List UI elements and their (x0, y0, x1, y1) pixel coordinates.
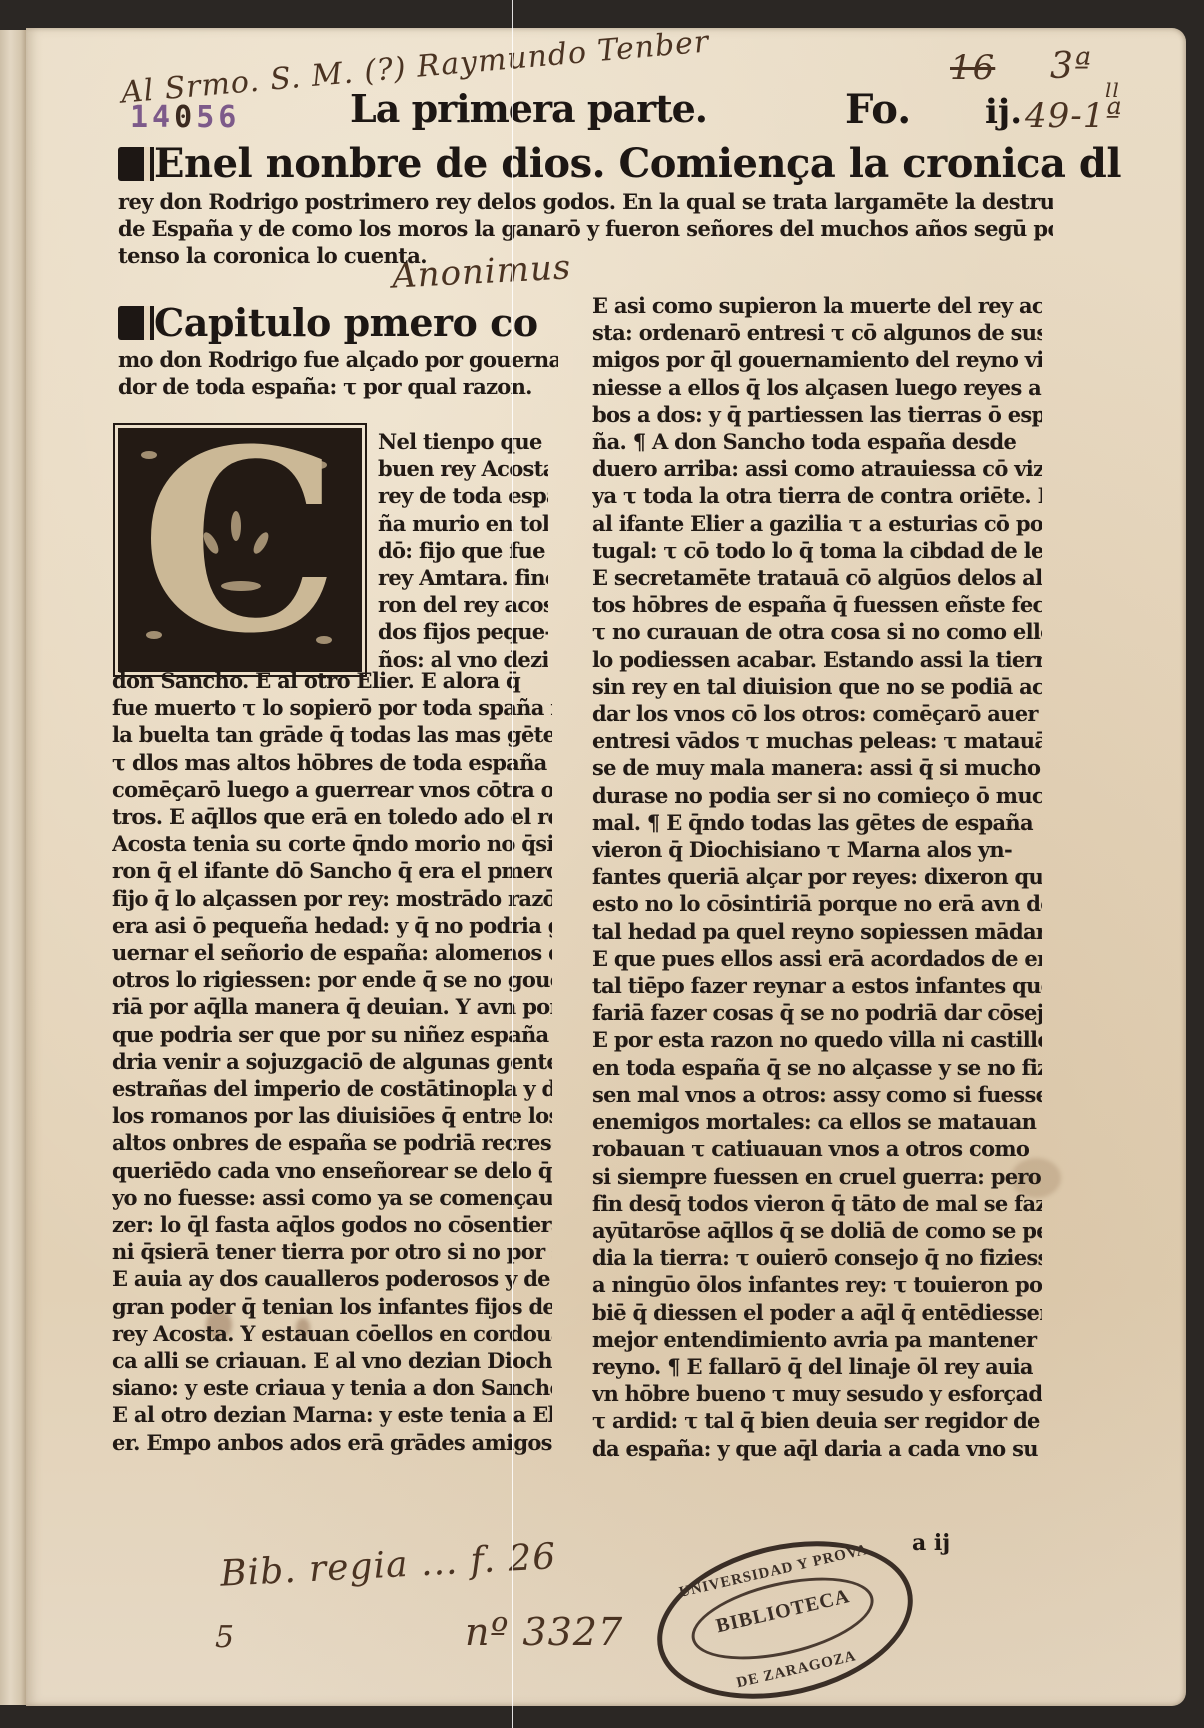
text-line: riā por aq̄lla manera q̄ deuian. Y avn p… (112, 993, 552, 1020)
inventory-stamp-number: 14056 (130, 100, 240, 135)
text-line: da españa: y que aq̄l daria a cada vno s… (592, 1435, 1042, 1462)
folio-number: ij. (985, 92, 1022, 132)
text-line: tal tiēpo fazer reynar a estos infantes … (592, 972, 1042, 999)
scan-seam-line (512, 0, 513, 1728)
text-line: queriēdo cada vno enseñorear se delo q̄ … (112, 1157, 552, 1184)
text-line: reyno. ¶ E fallarō q̄ del linaje ōl rey … (592, 1353, 1042, 1380)
text-line: τ dlos mas altos hōbres de toda españa s… (112, 749, 552, 776)
chapter-title: Capitulo pmero co (118, 300, 538, 345)
text-line: era asi ō pequeña hedad: y q̄ no podria … (112, 912, 552, 939)
chapter-title-text: Capitulo pmero co (154, 300, 538, 345)
text-line: dō: fijo que fue dl (378, 537, 548, 564)
text-line: uernar el señorio de españa: alomenos qu… (112, 939, 552, 966)
chapter-subtitle: mo don Rodrigo fue alçado por gouerna do… (118, 346, 558, 400)
text-line: τ no curauan de otra cosa si no como ell… (592, 618, 1042, 645)
text-line: comēçarō luego a guerrear vnos cōtra o- (112, 776, 552, 803)
text-line: ron del rey acosta (378, 591, 548, 618)
decorated-initial: C (118, 428, 362, 672)
heading-text: Enel nonbre de dios. Comiença la cronica… (154, 140, 1121, 187)
text-line: fijo q̄ lo alçassen por rey: mostrādo ra… (112, 885, 552, 912)
text-line: ña. ¶ A don Sancho toda españa desde (592, 428, 1042, 455)
paragraph-mark-icon (118, 147, 150, 181)
paragraph-mark-icon (118, 306, 150, 340)
text-line: estrañas del imperio de costātinopla y d… (112, 1075, 552, 1102)
text-line: lo podiessen acabar. Estando assi la tie… (592, 646, 1042, 673)
text-line: fantes queriā alçar por reyes: dixeron q… (592, 863, 1042, 890)
text-line: bos a dos: y q̄ partiessen las tierras ō… (592, 401, 1042, 428)
text-line: E por esta razon no quedo villa ni casti… (592, 1026, 1042, 1053)
text-line: Acosta tenia su corte q̄ndo morio no q̄s… (112, 830, 552, 857)
text-line: que podria ser que por su niñez españa p… (112, 1021, 552, 1048)
text-line: don Sancho. E al otro Elier. E alora q̄ (112, 667, 552, 694)
chronicle-intro: rey don Rodrigo postrimero rey delos god… (118, 188, 1053, 269)
text-line: durase no podia ser si no comieço ō much… (592, 782, 1042, 809)
intro-line: rey don Rodrigo postrimero rey delos god… (118, 188, 1053, 215)
text-line: zer: lo q̄l fasta aq̄los godos no cōsent… (112, 1211, 552, 1238)
chronicle-heading: Enel nonbre de dios. Comiença la cronica… (118, 142, 1053, 186)
text-line: se de muy mala manera: assi q̄ si mucho … (592, 754, 1042, 781)
text-line: la buelta tan grāde q̄ todas las mas gēt… (112, 721, 552, 748)
handwritten-volume-number: 3ª (1050, 46, 1092, 87)
text-line: a ningūo ōlos infantes rey: τ touieron p… (592, 1271, 1042, 1298)
text-line: τ ardid: τ tal q̄ bien deuia ser regidor… (592, 1407, 1042, 1434)
text-line: dia la tierra: τ ouierō consejo q̄ no fi… (592, 1244, 1042, 1271)
text-line: dria venir a sojuzgaciō de algunas gente… (112, 1048, 552, 1075)
text-line: niesse a ellos q̄ los alçasen luego reye… (592, 374, 1042, 401)
text-line: fariā fazer cosas q̄ se no podriā dar cō… (592, 999, 1042, 1026)
text-line: siano: y este criaua y tenia a don Sanch… (112, 1374, 552, 1401)
text-line: robauan τ catiuauan vnos a otros como (592, 1135, 1042, 1162)
text-line: si siempre fuessen en cruel guerra: pero… (592, 1163, 1042, 1190)
text-line: en toda españa q̄ se no alçasse y se no … (592, 1054, 1042, 1081)
text-line: gran poder q̄ tenian los infantes fijos … (112, 1293, 552, 1320)
text-line: tal hedad pa quel reyno sopiessen mādar. (592, 918, 1042, 945)
text-line: fue muerto τ lo sopierō por toda spaña f… (112, 694, 552, 721)
text-line: otros lo rigiessen: por ende q̄ se no go… (112, 966, 552, 993)
text-line: tos hōbres de españa q̄ fuessen eñste fe… (592, 591, 1042, 618)
handwritten-shelf-number: nº 3327 (465, 1610, 623, 1654)
text-line: ron q̄ el ifante dō Sancho q̄ era el pme… (112, 857, 552, 884)
right-column-text: E asi como supieron la muerte del rey ac… (592, 292, 1042, 1462)
text-line: sta: ordenarō entresi τ cō algunos de su… (592, 319, 1042, 346)
stamp-digit: 0 (174, 100, 196, 135)
left-column-text: don Sancho. E al otro Elier. E alora q̄ … (112, 667, 552, 1456)
folio-label: Fo. (845, 86, 911, 133)
text-line: altos onbres de españa se podriā recresc… (112, 1129, 552, 1156)
text-line: ya τ toda la otra tierra de contra oriēt… (592, 482, 1042, 509)
text-line: entresi vādos τ muchas peleas: τ matauā (592, 727, 1042, 754)
text-line: duero arriba: assi como atrauiessa cō vi… (592, 455, 1042, 482)
text-line: tugal: τ cō todo lo q̄ toma la cibdad de… (592, 537, 1042, 564)
text-line: mejor entendimiento avria pa mantener el (592, 1326, 1042, 1353)
text-line: vieron q̄ Diochisiano τ Marna alos yn- (592, 836, 1042, 863)
text-line: ayūtarōse aq̄llos q̄ se doliā de como se… (592, 1217, 1042, 1244)
text-line: biē q̄ diessen el poder a aq̄l q̄ entēdi… (592, 1299, 1042, 1326)
text-line: esto no lo cōsintiriā porque no erā avn … (592, 890, 1042, 917)
text-line: mal. ¶ E q̄ndo todas las gētes de españa (592, 809, 1042, 836)
handwritten-folio-number: 49-1ª (1025, 96, 1123, 136)
text-line: migos por q̄l gouernamiento del reyno vi (592, 346, 1042, 373)
text-line: buen rey Acosta (378, 455, 548, 482)
stamp-digits: 14 (130, 100, 174, 135)
text-line: dos fijos peque- (378, 618, 548, 645)
text-line: Nel tienpo que el (378, 428, 548, 455)
chapter-subtitle-line: dor de toda españa: τ por qual razon. (118, 373, 558, 400)
book-spine-edge (0, 30, 27, 1705)
initial-letter: C (121, 428, 359, 671)
text-line: yo no fuesse: assi como ya se començaua … (112, 1184, 552, 1211)
signature-mark: a ij (912, 1530, 950, 1556)
text-line: sen mal vnos a otros: assy como si fuess… (592, 1081, 1042, 1108)
text-line: E secretamēte tratauā cō algūos delos al… (592, 564, 1042, 591)
handwritten-bottom-mark: 5 (215, 1620, 235, 1655)
left-column-beside-initial: Nel tienpo que el buen rey Acosta rey de… (378, 428, 548, 673)
text-line: E auia ay dos caualleros poderosos y de (112, 1265, 552, 1292)
text-line: rey Amtara. finca (378, 564, 548, 591)
chapter-subtitle-line: mo don Rodrigo fue alçado por gouerna (118, 346, 558, 373)
text-line: dar los vnos cō los otros: comēçarō auer (592, 700, 1042, 727)
text-line: al ifante Elier a gazilia τ a esturias c… (592, 510, 1042, 537)
text-line: tros. E aq̄llos que erā en toledo ado el… (112, 803, 552, 830)
text-line: ni q̄sierā tener tierra por otro si no p… (112, 1238, 552, 1265)
text-line: ña murio en tole- (378, 510, 548, 537)
text-line: rey Acosta. Y estauan cōellos en cordoua (112, 1320, 552, 1347)
text-line: E al otro dezian Marna: y este tenia a E… (112, 1401, 552, 1428)
stamp-digits: 56 (196, 100, 240, 135)
text-line: rey de toda espa- (378, 482, 548, 509)
intro-line: de España y de como los moros la ganarō … (118, 215, 1053, 242)
text-line: ca alli se criauan. E al vno dezian Dioc… (112, 1347, 552, 1374)
text-line: sin rey en tal diuision que no se podiā … (592, 673, 1042, 700)
text-line: fin desq̄ todos vieron q̄ tāto de mal se… (592, 1190, 1042, 1217)
text-line: E que pues ellos assi erā acordados de e… (592, 945, 1042, 972)
text-line: E asi como supieron la muerte del rey ac… (592, 292, 1042, 319)
text-line: er. Empo anbos ados erā grādes amigos (112, 1429, 552, 1456)
text-line: los romanos por las diuisiōes q̄ entre l… (112, 1102, 552, 1129)
running-head: La primera parte. (350, 86, 707, 131)
text-line: enemigos mortales: ca ellos se matauan τ (592, 1108, 1042, 1135)
intro-line: tenso la coronica lo cuenta. (118, 242, 1053, 269)
handwritten-struck-number: 16 (950, 48, 995, 88)
text-line: vn hōbre bueno τ muy sesudo y esforçado (592, 1380, 1042, 1407)
